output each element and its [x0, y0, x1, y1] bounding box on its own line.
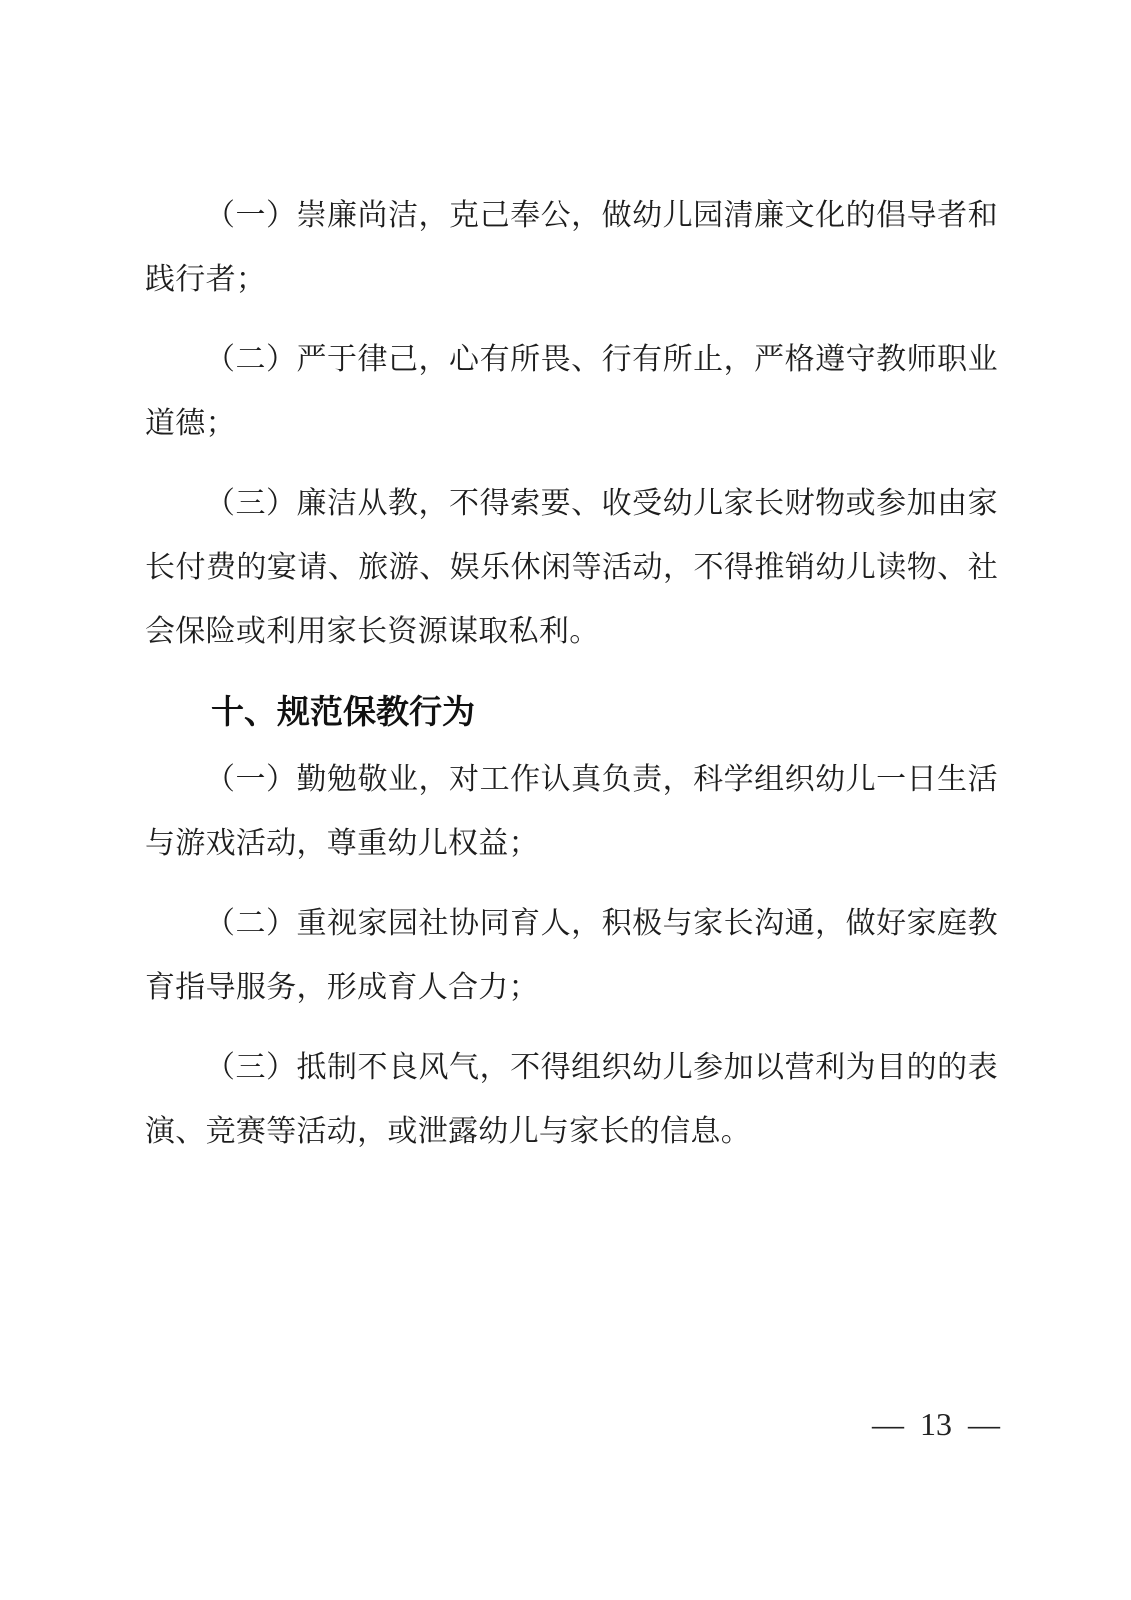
page-number-footer: — 13 — — [872, 1402, 1000, 1446]
page-number-left-dash: — — [872, 1402, 904, 1446]
document-body: （一）崇廉尚洁，克己奉公，做幼儿园清廉文化的倡导者和践行者； （二）严于律己，心… — [0, 0, 1131, 1164]
page-number: 13 — [920, 1402, 952, 1446]
section-heading-ten: 十、规范保教行为 — [145, 680, 998, 744]
page-number-right-dash: — — [968, 1402, 1000, 1446]
clause-paragraph-3: （三）廉洁从教，不得索要、收受幼儿家长财物或参加由家长付费的宴请、旅游、娱乐休闲… — [145, 472, 998, 664]
clause-paragraph-2: （二）严于律己，心有所畏、行有所止，严格遵守教师职业道德； — [145, 328, 998, 456]
clause-paragraph-6: （三）抵制不良风气，不得组织幼儿参加以营利为目的的表演、竞赛等活动，或泄露幼儿与… — [145, 1036, 998, 1164]
document-page: （一）崇廉尚洁，克己奉公，做幼儿园清廉文化的倡导者和践行者； （二）严于律己，心… — [0, 0, 1131, 1600]
clause-paragraph-4: （一）勤勉敬业，对工作认真负责，科学组织幼儿一日生活与游戏活动，尊重幼儿权益； — [145, 748, 998, 876]
clause-paragraph-5: （二）重视家园社协同育人，积极与家长沟通，做好家庭教育指导服务，形成育人合力； — [145, 892, 998, 1020]
clause-paragraph-1: （一）崇廉尚洁，克己奉公，做幼儿园清廉文化的倡导者和践行者； — [145, 184, 998, 312]
